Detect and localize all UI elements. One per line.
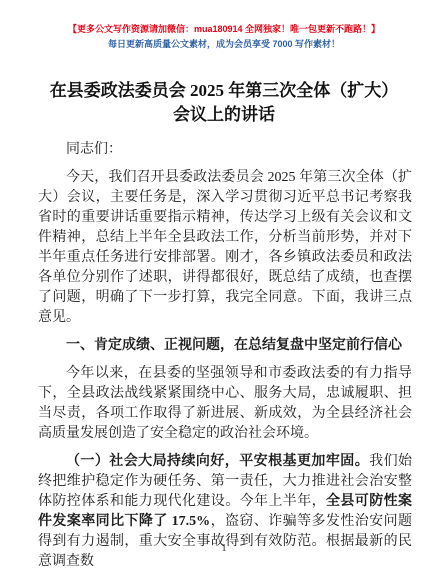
section-1-heading: 一、肯定成绩、正视问题，在总结复盘中坚定前行信心: [38, 336, 412, 356]
document-page: 【更多公文写作资源请加微信：mua180914 全网独家！唯一包更新不跑路！】 …: [0, 0, 448, 580]
promo-banner-line-2: 每日更新高质量公文素材，成为会员享受 7000 写作素材！: [0, 37, 448, 52]
paragraph-intro: 今天，我们召开县委政法委员会 2025 年第三次全体（扩大）会议，主要任务是，深…: [38, 168, 412, 328]
paragraph-item-1: （一）社会大局持续向好，平安根基更加牢固。我们始终把维护稳定作为硬任务、第一责任…: [38, 452, 412, 572]
paragraph-item-1-lead: （一）社会大局持续向好，平安根基更加牢固。: [66, 454, 369, 469]
document-body: 同志们： 今天，我们召开县委政法委员会 2025 年第三次全体（扩大）会议，主要…: [0, 140, 448, 572]
page-number: 1: [0, 542, 448, 554]
document-title-line-1: 在县委政法委员会 2025 年第三次全体（扩大）: [0, 79, 448, 103]
paragraph-overview: 今年以来，在县委的坚强领导和市委政法委的有力指导下，全县政法战线紧紧围绕中心、服…: [38, 364, 412, 444]
promo-banner-line-1: 【更多公文写作资源请加微信：mua180914 全网独家！唯一包更新不跑路！】: [0, 22, 448, 37]
document-title-line-2: 会议上的讲话: [0, 103, 448, 127]
document-title: 在县委政法委员会 2025 年第三次全体（扩大） 会议上的讲话: [0, 79, 448, 127]
salutation: 同志们：: [38, 140, 412, 160]
promo-banner: 【更多公文写作资源请加微信：mua180914 全网独家！唯一包更新不跑路！】 …: [0, 0, 448, 52]
